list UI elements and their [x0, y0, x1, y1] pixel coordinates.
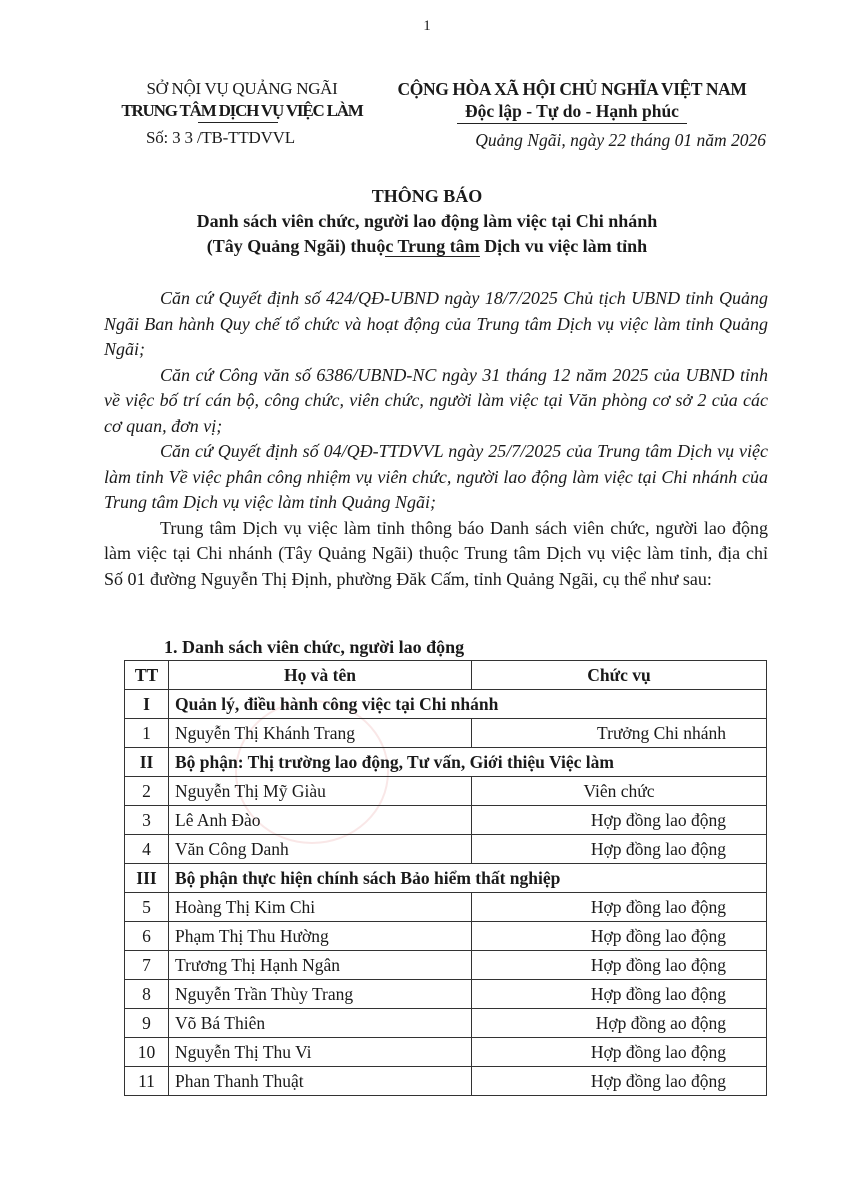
- national-header-block: CỘNG HÒA XÃ HỘI CHỦ NGHĨA VIỆT NAM Độc l…: [372, 78, 772, 151]
- row-number: 6: [125, 922, 169, 951]
- title-line-2-post: Dịch vu việc làm tỉnh: [480, 236, 648, 256]
- legal-basis-3: Căn cứ Quyết định số 04/QĐ-TTDVVL ngày 2…: [104, 439, 768, 516]
- title-line-2: (Tây Quảng Ngãi) thuộc Trung tâm Dịch vu…: [0, 234, 854, 259]
- title-line-1: Danh sách viên chức, người lao động làm …: [0, 209, 854, 234]
- row-number: 4: [125, 835, 169, 864]
- staff-role: Hợp đồng lao động: [472, 806, 767, 835]
- row-number: 8: [125, 980, 169, 1009]
- table-row: 10Nguyễn Thị Thu ViHợp đồng lao động: [125, 1038, 767, 1067]
- row-number: 3: [125, 806, 169, 835]
- title-heading: THÔNG BÁO: [0, 184, 854, 209]
- staff-role: Viên chức: [472, 777, 767, 806]
- staff-name: Lê Anh Đào: [169, 806, 472, 835]
- group-row: IQuản lý, điều hành công việc tại Chi nh…: [125, 690, 767, 719]
- table-header-row: TT Họ và tên Chức vụ: [125, 661, 767, 690]
- announcement-paragraph: Trung tâm Dịch vụ việc làm tỉnh thông bá…: [104, 516, 768, 593]
- header-tt: TT: [125, 661, 169, 690]
- header-role: Chức vụ: [472, 661, 767, 690]
- page-number: 1: [0, 18, 854, 35]
- staff-role: Hợp đồng lao động: [472, 980, 767, 1009]
- staff-role: Hợp đồng ao động: [472, 1009, 767, 1038]
- group-title: Bộ phận: Thị trường lao động, Tư vấn, Gi…: [169, 748, 767, 777]
- staff-role: Hợp đồng lao động: [472, 922, 767, 951]
- motto: Độc lập - Tự do - Hạnh phúc: [457, 100, 687, 124]
- staff-role: Hợp đồng lao động: [472, 1038, 767, 1067]
- staff-role: Hợp đồng lao động: [472, 893, 767, 922]
- document-body: Căn cứ Quyết định số 424/QĐ-UBND ngày 18…: [104, 286, 768, 592]
- row-number: 2: [125, 777, 169, 806]
- staff-table: TT Họ và tên Chức vụ IQuản lý, điều hành…: [124, 660, 767, 1096]
- place-date: Quảng Ngãi, ngày 22 tháng 01 năm 2026: [372, 129, 772, 151]
- table-row: 9Võ Bá ThiênHợp đồng ao động: [125, 1009, 767, 1038]
- table-row: 8Nguyễn Trần Thùy TrangHợp đồng lao động: [125, 980, 767, 1009]
- staff-role: Hợp đồng lao động: [472, 1067, 767, 1096]
- table-row: 7Trương Thị Hạnh NgânHợp đồng lao động: [125, 951, 767, 980]
- agency-name: SỞ NỘI VỤ QUẢNG NGÃI: [106, 78, 378, 100]
- row-number: 5: [125, 893, 169, 922]
- group-numeral: II: [125, 748, 169, 777]
- staff-role: Hợp đồng lao động: [472, 951, 767, 980]
- staff-role: Trưởng Chi nhánh: [472, 719, 767, 748]
- divider: [198, 122, 278, 123]
- table-row: 5Hoàng Thị Kim ChiHợp đồng lao động: [125, 893, 767, 922]
- group-numeral: III: [125, 864, 169, 893]
- row-number: 7: [125, 951, 169, 980]
- staff-name: Nguyễn Thị Mỹ Giàu: [169, 777, 472, 806]
- legal-basis-2: Căn cứ Công văn số 6386/UBND-NC ngày 31 …: [104, 363, 768, 440]
- title-line-2-underlined: c Trung tâm: [385, 236, 479, 257]
- nation-name: CỘNG HÒA XÃ HỘI CHỦ NGHĨA VIỆT NAM: [372, 78, 772, 100]
- table-row: 3Lê Anh ĐàoHợp đồng lao động: [125, 806, 767, 835]
- document-number: Số: 3 3 /TB-TTDVVL: [106, 127, 378, 149]
- staff-name: Văn Công Danh: [169, 835, 472, 864]
- header-name: Họ và tên: [169, 661, 472, 690]
- staff-name: Phan Thanh Thuật: [169, 1067, 472, 1096]
- row-number: 1: [125, 719, 169, 748]
- row-number: 11: [125, 1067, 169, 1096]
- document-title: THÔNG BÁO Danh sách viên chức, người lao…: [0, 184, 854, 259]
- group-row: IIBộ phận: Thị trường lao động, Tư vấn, …: [125, 748, 767, 777]
- legal-basis-1: Căn cứ Quyết định số 424/QĐ-UBND ngày 18…: [104, 286, 768, 363]
- staff-name: Hoàng Thị Kim Chi: [169, 893, 472, 922]
- staff-name: Nguyễn Thị Thu Vi: [169, 1038, 472, 1067]
- table-row: 11Phan Thanh ThuậtHợp đồng lao động: [125, 1067, 767, 1096]
- section-title: 1. Danh sách viên chức, người lao động: [164, 637, 464, 658]
- group-title: Quản lý, điều hành công việc tại Chi nhá…: [169, 690, 767, 719]
- staff-role: Hợp đồng lao động: [472, 835, 767, 864]
- table-row: 2Nguyễn Thị Mỹ GiàuViên chức: [125, 777, 767, 806]
- row-number: 9: [125, 1009, 169, 1038]
- staff-name: Trương Thị Hạnh Ngân: [169, 951, 472, 980]
- table-row: 6Phạm Thị Thu HườngHợp đồng lao động: [125, 922, 767, 951]
- title-line-2-pre: (Tây Quảng Ngãi) thuộ: [207, 236, 386, 256]
- staff-name: Võ Bá Thiên: [169, 1009, 472, 1038]
- organization-name: TRUNG TÂM DỊCH VỤ VIỆC LÀM: [106, 100, 378, 122]
- group-row: IIIBộ phận thực hiện chính sách Bảo hiểm…: [125, 864, 767, 893]
- issuing-agency-block: SỞ NỘI VỤ QUẢNG NGÃI TRUNG TÂM DỊCH VỤ V…: [106, 78, 378, 149]
- staff-name: Phạm Thị Thu Hường: [169, 922, 472, 951]
- staff-name: Nguyễn Thị Khánh Trang: [169, 719, 472, 748]
- table-row: 1Nguyễn Thị Khánh TrangTrưởng Chi nhánh: [125, 719, 767, 748]
- group-title: Bộ phận thực hiện chính sách Bảo hiểm th…: [169, 864, 767, 893]
- group-numeral: I: [125, 690, 169, 719]
- staff-name: Nguyễn Trần Thùy Trang: [169, 980, 472, 1009]
- table-row: 4Văn Công DanhHợp đồng lao động: [125, 835, 767, 864]
- row-number: 10: [125, 1038, 169, 1067]
